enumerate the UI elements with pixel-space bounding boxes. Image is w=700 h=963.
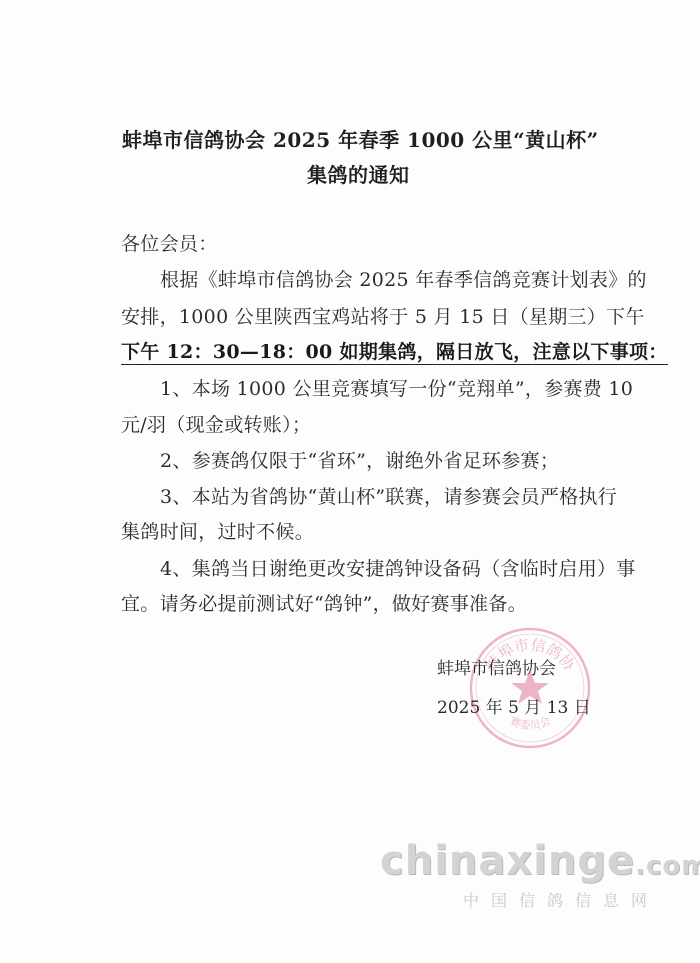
intro-line-emphasis: 下午 12：30—18：00 如期集鸽，隔日放飞，注意以下事项： [121,340,668,364]
watermark-domain-main: chinaxinge [380,838,635,884]
item-2-line-1: 2、参赛鸽仅限于“省环”，谢绝外省足环参赛； [160,449,559,473]
document-title-line1: 蚌埠市信鸽协会 2025 年春季 1000 公里“黄山杯” [122,128,599,152]
official-seal-stamp: 蚌埠市信鸽协 赛委员会 [468,626,592,750]
intro-line-1: 根据《蚌埠市信鸽协会 2025 年春季信鸽竞赛计划表》的 [160,268,647,292]
item-3-line-2: 集鸽时间，过时不候。 [121,520,314,544]
watermark-site-name: 中国信鸽信息网 [463,888,659,911]
intro-line-2: 安排，1000 公里陕西宝鸡站将于 5 月 15 日（星期三）下午 [121,305,645,329]
collection-time-emphasis: 下午 12：30—18：00 如期集鸽，隔日放飞，注意以下事项： [121,341,668,365]
item-4-line-2: 宜。请务必提前测试好“鸽钟”，做好赛事准备。 [121,592,527,616]
watermark-domain-tld: .com [635,851,700,881]
signature-organization: 蚌埠市信鸽协会 [437,658,556,680]
item-1-line-2: 元/羽（现金或转账）； [121,413,311,437]
item-1-line-1: 1、本场 1000 公里竞赛填写一份“竞翔单”，参赛费 10 [160,377,633,401]
item-4-line-1: 4、集鸽当日谢绝更改安捷鸽钟设备码（含临时启用）事 [160,557,636,581]
signature-date: 2025 年 5 月 13 日 [437,697,591,719]
item-3-line-1: 3、本站为省鸽协“黄山杯”联赛，请参赛会员严格执行 [160,485,617,509]
salutation: 各位会员： [121,232,218,256]
document-title-line2: 集鸽的通知 [307,163,410,187]
watermark-domain: chinaxinge.com [380,838,700,884]
